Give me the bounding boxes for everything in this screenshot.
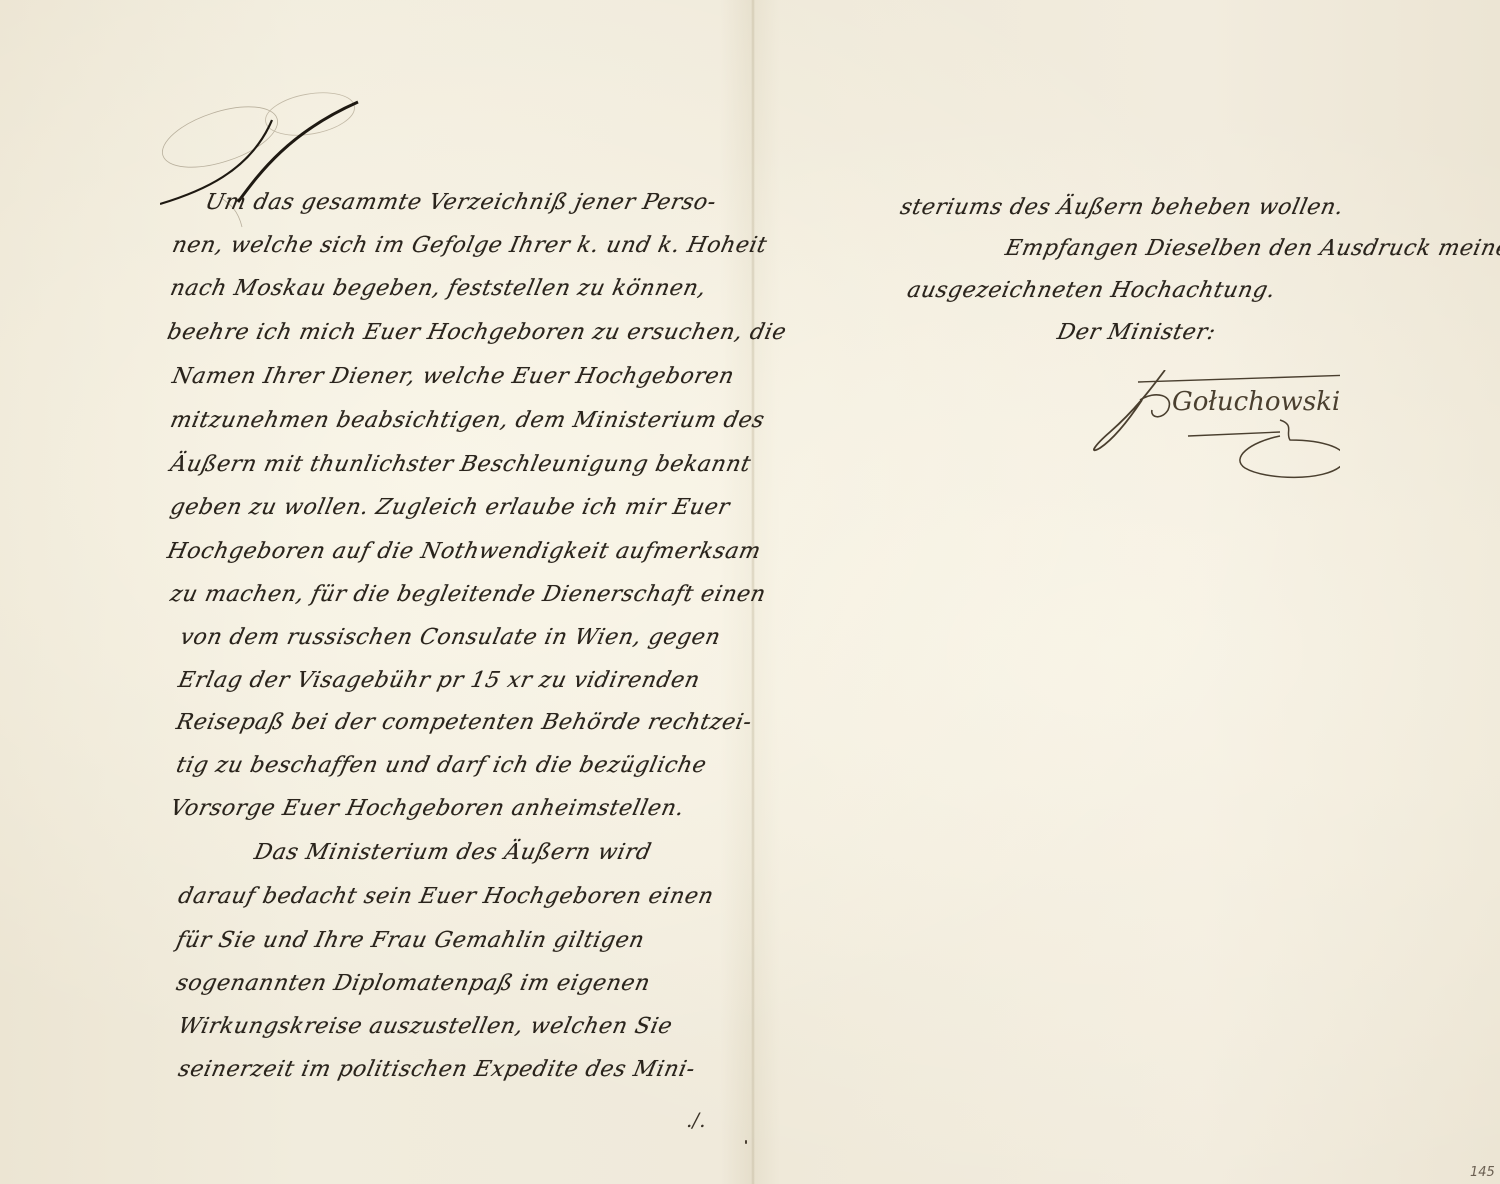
letter-line: Äußern mit thunlichster Beschleunigung b…: [168, 452, 753, 477]
closing-title: Der Minister:: [1055, 320, 1218, 345]
decorative-initial-n: [160, 92, 360, 242]
letter-line: Reisepaß bei der competenten Behörde rec…: [174, 710, 754, 735]
continuation-mark: ./.: [686, 1108, 705, 1132]
minister-signature: Gołuchowski: [1080, 370, 1340, 480]
letter-line: Namen Ihrer Diener, welche Euer Hochgebo…: [170, 364, 737, 389]
ink-speck: [745, 1140, 747, 1144]
letter-line: Erlag der Visagebühr pr 15 xr zu vidiren…: [176, 668, 702, 693]
letter-line: beehre ich mich Euer Hochgeboren zu ersu…: [165, 320, 789, 345]
letter-line: Vorsorge Euer Hochgeboren anheimstellen.: [168, 796, 687, 821]
letter-line: ausgezeichneten Hochachtung.: [905, 278, 1278, 303]
letter-line: nach Moskau begeben, feststellen zu könn…: [168, 276, 709, 301]
letter-line: Um das gesammte Verzeichniß jener Perso-: [203, 190, 719, 215]
letter-line: seinerzeit im politischen Expedite des M…: [176, 1057, 698, 1082]
letter-line: darauf bedacht sein Euer Hochgeboren ein…: [176, 884, 716, 909]
folio-number: 145: [1470, 1165, 1495, 1180]
letter-line: steriums des Äußern beheben wollen.: [898, 195, 1346, 220]
letter-line: nen, welche sich im Gefolge Ihrer k. und…: [170, 233, 769, 258]
right-page: steriums des Äußern beheben wollen. Empf…: [755, 0, 1500, 1184]
left-page: Um das gesammte Verzeichniß jener Perso-…: [0, 0, 751, 1184]
letter-line: von dem russischen Consulate in Wien, ge…: [178, 625, 723, 650]
letter-line: Wirkungskreise auszustellen, welchen Sie: [176, 1014, 675, 1039]
letter-line: Empfangen Dieselben den Ausdruck meiner: [1003, 236, 1500, 261]
letter-line: mitzunehmen beabsichtigen, dem Ministeri…: [168, 408, 767, 433]
signature-text: Gołuchowski: [1172, 387, 1340, 417]
letter-line: Hochgeboren auf die Nothwendigkeit aufme…: [165, 539, 763, 564]
letter-line: für Sie und Ihre Frau Gemahlin giltigen: [174, 928, 647, 953]
letter-line: Das Ministerium des Äußern wird: [252, 840, 654, 865]
letter-line: sogenannten Diplomatenpaß im eigenen: [174, 971, 653, 996]
document-sheet: Um das gesammte Verzeichniß jener Perso-…: [0, 0, 1500, 1184]
letter-line: geben zu wollen. Zugleich erlaube ich mi…: [168, 495, 732, 520]
letter-line: zu machen, für die begleitende Dienersch…: [168, 582, 768, 607]
letter-line: tig zu beschaffen und darf ich die bezüg…: [174, 753, 709, 778]
